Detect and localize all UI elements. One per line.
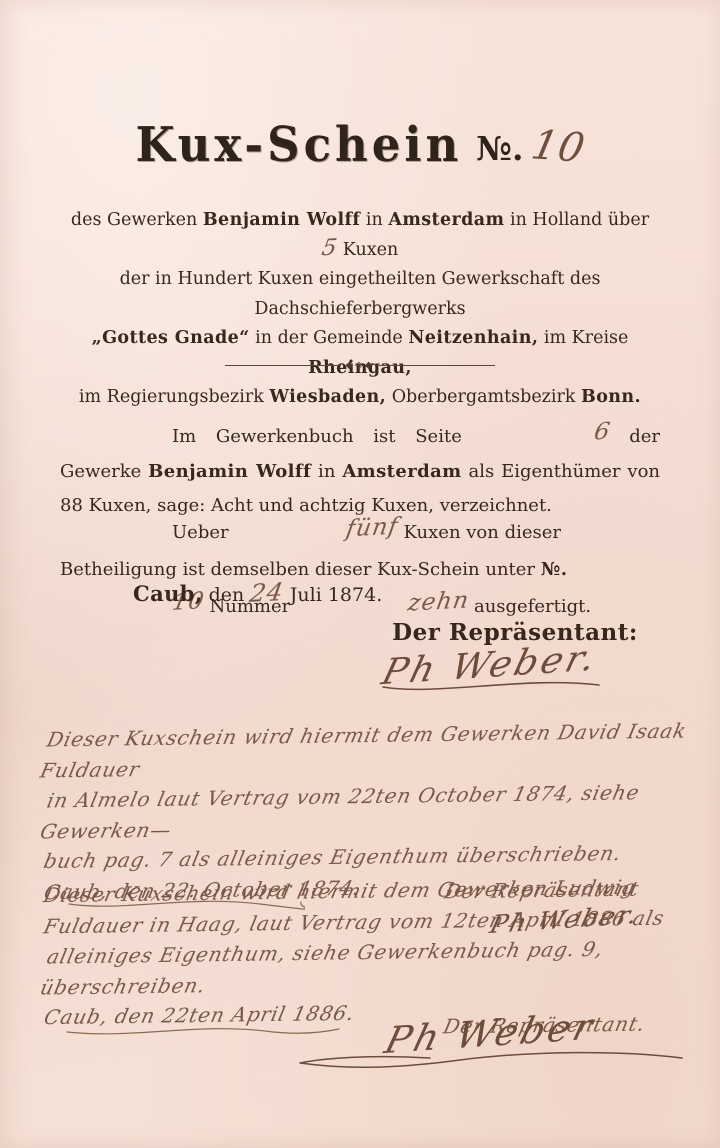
issue-text: ausgefertigt.	[468, 596, 591, 617]
share-count-handwritten: 5	[320, 237, 339, 258]
handwritten-text: alleiniges Eigenthum, siehe Gewerkenbuch…	[37, 932, 700, 1002]
handwritten-text: Dieser Kuxschein wird hiermit dem Gewerk…	[37, 716, 694, 786]
grant-text: im Kreise	[538, 328, 628, 348]
final-signature: Ph Weber	[280, 1012, 700, 1071]
grant-text: des Gewerken	[71, 210, 203, 230]
grant-text: Kuxen	[337, 240, 398, 260]
grant-text: im Regierungsbezirk	[79, 387, 269, 407]
divider-line	[225, 365, 341, 366]
owner-name: Benjamin Wolff	[203, 210, 361, 230]
representative-signature: Ph Weber.	[355, 645, 625, 696]
issue-text: Ueber	[172, 522, 234, 543]
issue-day-handwritten: 24	[248, 581, 285, 605]
divider-ornament-icon: ◆◈◆	[341, 360, 378, 371]
transfer2-line: Fuldauer in Haag, laut Vertrag vom 12ten…	[45, 907, 693, 938]
dateline-text: den	[203, 584, 251, 606]
grant-line-3: „Gottes Gnade“ in der Gemeinde Neitzenha…	[61, 324, 659, 383]
owner-city: Amsterdam	[342, 461, 461, 482]
register-text: in	[311, 461, 342, 482]
title-number-label: №.	[476, 129, 523, 168]
gov-district-name: Wiesbaden,	[269, 387, 386, 407]
signature-text: Ph Weber	[380, 1005, 600, 1062]
register-paragraph: Im Gewerkenbuch ist Seite 6 der Gewerke …	[60, 420, 660, 524]
title-number-handwritten: 10	[528, 127, 588, 167]
municipality-name: Neitzenhain,	[408, 328, 538, 348]
signature-text: Ph Weber.	[378, 638, 603, 694]
divider-line	[379, 365, 495, 366]
grant-text: der in Hundert Kuxen eingetheilten Gewer…	[120, 269, 601, 319]
register-text: Im Gewerkenbuch ist Seite	[172, 426, 482, 447]
register-page-handwritten: 6	[479, 421, 612, 449]
issue-dateline: Caub, den 24 Juli 1874.	[133, 581, 382, 606]
grant-text: in der Gemeinde	[250, 328, 409, 348]
grant-text: in Holland über	[504, 210, 649, 230]
mine-name: „Gottes Gnade“	[92, 328, 250, 348]
grant-text: Oberbergamtsbezirk	[386, 387, 581, 407]
handwritten-text: in Almelo laut Vertrag vom 22ten October…	[37, 777, 694, 847]
issue-count-handwritten: fünf	[232, 516, 400, 546]
document-title: Kux-Schein№.10	[0, 118, 720, 171]
transfer2-line: Dieser Kuxschein wird hiermit dem Gewerk…	[45, 876, 693, 907]
dateline-text: Juli 1874.	[284, 584, 382, 606]
grant-text: in	[360, 210, 388, 230]
ornament-divider: ◆◈◆	[225, 360, 495, 371]
transfer2-line: alleiniges Eigenthum, siehe Gewerkenbuch…	[45, 937, 693, 998]
mining-office-name: Bonn.	[581, 387, 641, 407]
issue-place: Caub,	[133, 581, 203, 606]
grant-paragraph: des Gewerken Benjamin Wolff in Amsterdam…	[61, 206, 659, 413]
grant-line-2: der in Hundert Kuxen eingetheilten Gewer…	[61, 265, 659, 324]
issue-paragraph: Ueber fünf Kuxen von dieser Betheiligung…	[60, 514, 660, 625]
transfer1-line: in Almelo laut Vertrag vom 22ten October…	[45, 781, 687, 842]
owner-city: Amsterdam	[388, 210, 504, 230]
owner-name: Benjamin Wolff	[148, 461, 311, 482]
certificate-document: Kux-Schein№.10 des Gewerken Benjamin Wol…	[0, 0, 720, 1148]
grant-line-1: des Gewerken Benjamin Wolff in Amsterdam…	[61, 206, 659, 265]
issue-number-label: №.	[541, 559, 568, 580]
representative-label: Der Repräsentant:	[380, 619, 650, 646]
grant-line-4: im Regierungsbezirk Wiesbaden, Oberberga…	[61, 383, 659, 413]
title-word: Kux-Schein	[136, 116, 463, 172]
transfer1-line: buch pag. 7 als alleiniges Eigenthum übe…	[45, 842, 687, 873]
transfer1-line: Dieser Kuxschein wird hiermit dem Gewerk…	[45, 720, 687, 781]
